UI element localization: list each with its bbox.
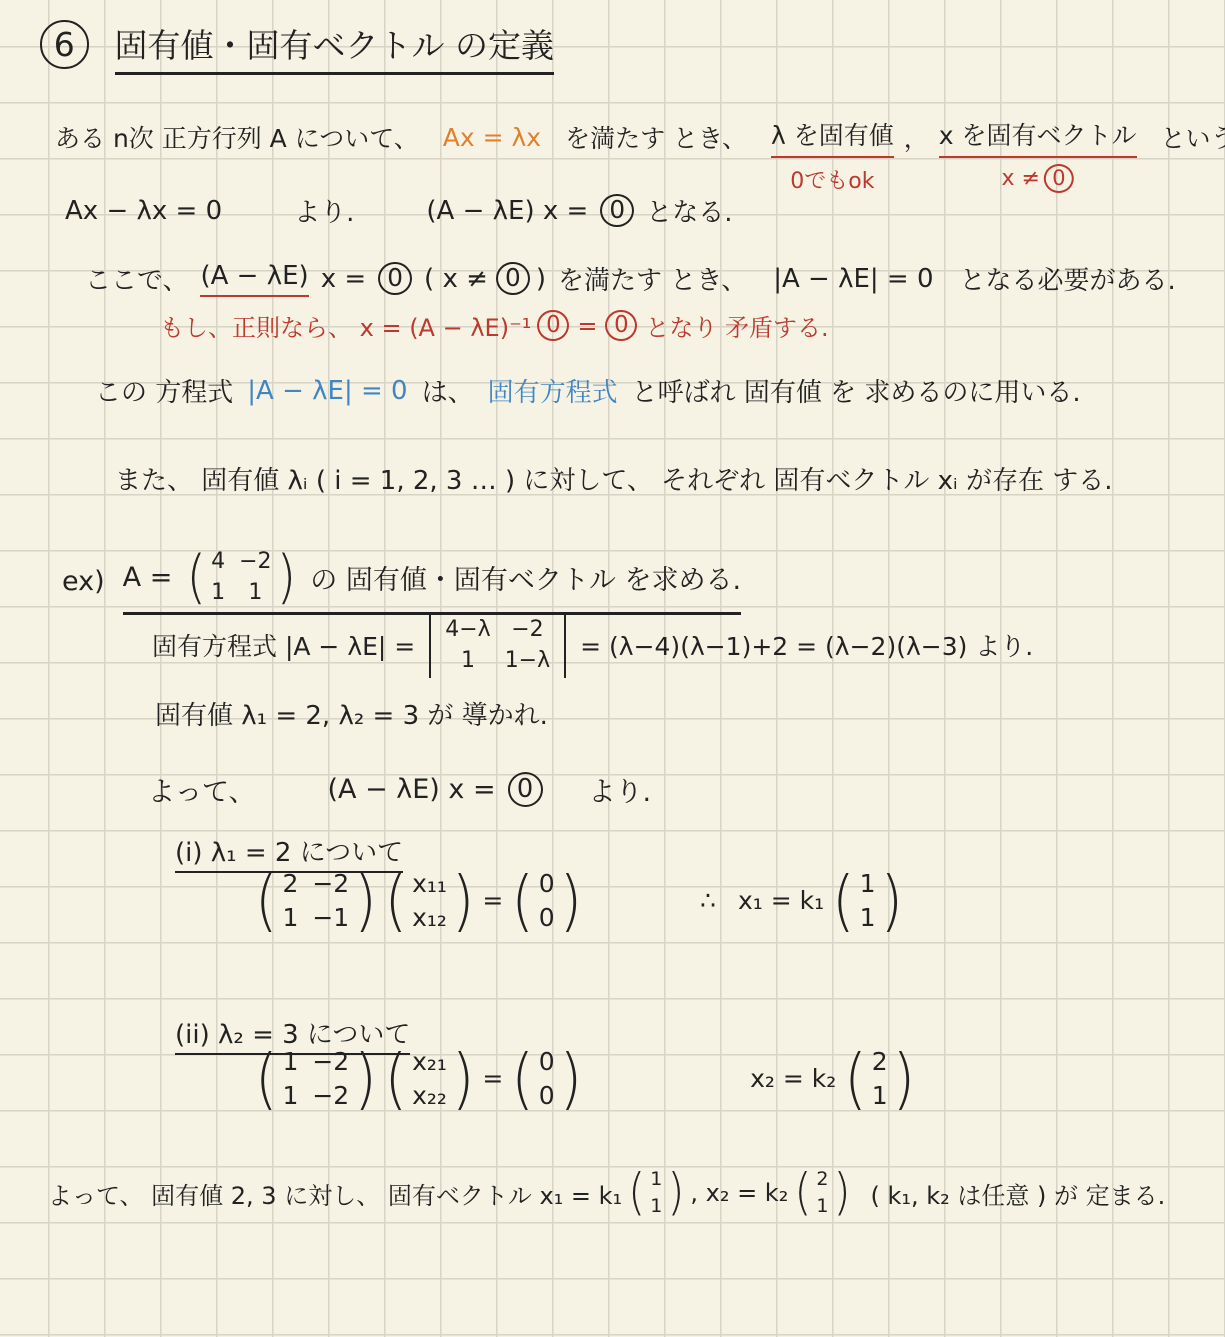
case2-equation: 1 −2 1 −2 x₂₁ x₂₂ = 0 0 x₂ = k₂ 2 1 <box>255 1046 915 1112</box>
contradiction-remark: もし、正則なら、 x = (A − λE)⁻¹ 0 = 0 となり 矛盾する. <box>160 308 829 343</box>
case1-equals: = <box>482 886 503 915</box>
characteristic-equation: |A − λE| = 0 <box>247 376 407 406</box>
conclusion-p1: よって、 固有値 2, 3 に対し、 固有ベクトル x₁ = k₁ <box>48 1176 622 1211</box>
chareq-lead: 固有方程式 |A − λE| = <box>152 627 415 663</box>
section-number: 6 <box>40 20 89 69</box>
step1-lhs: Ax − λx = 0 <box>65 196 222 226</box>
matrix-a: 4 −2 1 1 <box>186 548 296 606</box>
case2-unknown-vector: x₂₁ x₂₂ <box>385 1046 475 1112</box>
conclusion-line: よって、 固有値 2, 3 に対し、 固有ベクトル x₁ = k₁ 1 1 , … <box>48 1168 1165 1219</box>
example-head-post: の 固有値・固有ベクトル を求める. <box>310 558 741 597</box>
step2-determinant-eq: |A − λE| = 0 <box>773 264 933 294</box>
chareq-tail: = (λ−4)(λ−1)+2 = (λ−2)(λ−3) より. <box>580 627 1033 663</box>
det-cell: 1 <box>461 647 475 675</box>
example-head-pre: A = <box>123 562 173 593</box>
step2-condition-open: ( x ≠ <box>424 264 488 294</box>
step2-lead: ここで、 <box>85 260 188 297</box>
case2-result-vector: 2 1 <box>844 1046 915 1112</box>
matrix-cell: −1 <box>312 902 349 933</box>
vector-cell: 1 <box>860 868 876 899</box>
matrix-cell: −2 <box>312 868 349 899</box>
eigenvalue-note-text: 0でもok <box>790 164 874 195</box>
vector-cell: 1 <box>816 1195 828 1219</box>
vector-cell: 1 <box>872 1080 888 1111</box>
matrix-cell: −2 <box>312 1080 349 1111</box>
eigenvalue-phrase: λ を固有値 <box>771 121 894 150</box>
zero-vector-icon: 0 <box>605 310 637 341</box>
characteristic-computation: 固有方程式 |A − λE| = 4−λ −2 1 1−λ = (λ−4)(λ−… <box>152 612 1033 678</box>
matrix-cell: 1 <box>248 579 262 607</box>
zero-vector-icon: 0 <box>600 194 634 228</box>
det-cell: −2 <box>511 616 543 644</box>
eigenvector-term: x を固有ベクトル x ≠ 0 <box>939 116 1137 158</box>
definition-pre: ある n次 正方行列 A について、 <box>55 119 419 155</box>
naming-p2: は、 <box>422 372 474 409</box>
title-row: 6 固有値・固有ベクトル の定義 <box>40 20 554 75</box>
vector-cell: x₂₁ <box>412 1046 447 1077</box>
vector-cell: x₁₂ <box>412 902 447 933</box>
setup-line: よって、 (A − λE) x = 0 より. <box>148 770 651 809</box>
definition-post: という <box>1161 119 1225 155</box>
step2-line: ここで、 (A − λE) x = 0 ( x ≠ 0 ) を満たす とき、 |… <box>85 260 1176 297</box>
separator-comma: ， <box>904 119 929 155</box>
case1-equation: 2 −2 1 −1 x₁₁ x₁₂ = 0 0 ∴ x₁ = k₁ 1 1 <box>255 868 903 934</box>
case2-equals: = <box>482 1064 503 1093</box>
matrix-cell: 1 <box>282 902 298 933</box>
matrix-cell: 1 <box>282 1080 298 1111</box>
determinant-matrix: 4−λ −2 1 1−λ <box>429 612 566 678</box>
definition-mid: を満たす とき、 <box>565 119 747 155</box>
step1-tail: となる. <box>646 192 732 229</box>
matrix-cell: 4 <box>211 548 225 576</box>
conclusion-vector1: 1 1 <box>628 1168 684 1219</box>
eigenvalue-note: 0でもok <box>790 164 874 195</box>
zero-vector-icon: 0 <box>537 310 569 341</box>
case2-rhs-vector: 0 0 <box>511 1046 582 1112</box>
step1-line: Ax − λx = 0 より. (A − λE) x = 0 となる. <box>65 192 732 229</box>
zero-vector-icon: 0 <box>1044 164 1074 193</box>
matrix-cell: −2 <box>239 548 271 576</box>
case1-rhs-vector: 0 0 <box>511 868 582 934</box>
vector-cell: x₁₁ <box>412 868 447 899</box>
matrix-cell: 1 <box>282 1046 298 1077</box>
zero-vector-icon: 0 <box>508 772 543 807</box>
therefore-symbol: ∴ <box>700 886 716 915</box>
eigen-equation: Ax = λx <box>443 123 541 152</box>
vector-cell: 2 <box>816 1168 828 1192</box>
det-cell: 1−λ <box>505 647 550 675</box>
setup-lead: よって、 <box>148 770 255 809</box>
matrix-cell: 1 <box>211 579 225 607</box>
case1-unknown-vector: x₁₁ x₁₂ <box>385 868 475 934</box>
step2-factor: (A − λE) <box>200 261 308 297</box>
example-heading: ex) A = 4 −2 1 1 の 固有値・固有ベクトル を求める. <box>62 548 741 615</box>
case2-result: x₂ = k₂ <box>750 1064 836 1093</box>
example-label: ex) <box>62 566 105 597</box>
det-cell: 4−λ <box>445 616 490 644</box>
vector-cell: 1 <box>650 1195 662 1219</box>
step2-tail: となる必要がある. <box>960 260 1176 297</box>
case1-result: x₁ = k₁ <box>738 886 824 915</box>
eigenvalue-term: λ を固有値 0でもok <box>771 116 894 158</box>
example-statement: A = 4 −2 1 1 の 固有値・固有ベクトル を求める. <box>123 548 741 615</box>
existence-line: また、 固有値 λᵢ ( i = 1, 2, 3 … ) に対して、 それぞれ … <box>115 460 1113 497</box>
matrix-cell: −2 <box>312 1046 349 1077</box>
vector-cell: 0 <box>539 868 555 899</box>
vector-cell: 0 <box>539 902 555 933</box>
naming-line: この 方程式 |A − λE| = 0 は、 固有方程式 と呼ばれ 固有値 を … <box>95 372 1081 409</box>
vector-cell: 0 <box>539 1080 555 1111</box>
eigenvector-phrase: x を固有ベクトル <box>939 121 1137 150</box>
step2-condition: を満たす とき、 <box>558 260 747 297</box>
case2-matrix: 1 −2 1 −2 <box>255 1046 377 1112</box>
notebook-page: 6 固有値・固有ベクトル の定義 ある n次 正方行列 A について、 Ax =… <box>0 0 1225 1337</box>
vector-cell: 2 <box>872 1046 888 1077</box>
vector-cell: 1 <box>860 902 876 933</box>
remark-p2: となり 矛盾する. <box>645 308 828 343</box>
case1-result-vector: 1 1 <box>832 868 903 934</box>
naming-p3: と呼ばれ 固有値 を 求めるのに用いる. <box>632 372 1081 409</box>
step2-condition-close: ) <box>536 264 546 294</box>
eigenvalues-line: 固有値 λ₁ = 2, λ₂ = 3 が 導かれ. <box>155 695 548 732</box>
eigenvector-note-text: x ≠ <box>1001 166 1039 191</box>
case1-matrix: 2 −2 1 −1 <box>255 868 377 934</box>
conclusion-vector2: 2 1 <box>794 1168 850 1219</box>
setup-tail: より. <box>589 770 652 809</box>
step1-rhs: (A − λE) x = <box>426 196 588 226</box>
page-title: 固有値・固有ベクトル の定義 <box>115 20 555 75</box>
characteristic-equation-name: 固有方程式 <box>488 372 618 409</box>
zero-vector-icon: 0 <box>496 262 530 296</box>
definition-line: ある n次 正方行列 A について、 Ax = λx を満たす とき、 λ を固… <box>55 116 1225 158</box>
conclusion-p2: , x₂ = k₂ <box>690 1179 788 1207</box>
naming-p1: この 方程式 <box>95 372 233 409</box>
vector-cell: 1 <box>650 1168 662 1192</box>
remark-p1: もし、正則なら、 x = (A − λE)⁻¹ <box>160 308 531 343</box>
vector-cell: x₂₂ <box>412 1080 447 1111</box>
zero-vector-icon: 0 <box>378 262 412 296</box>
eigenvector-note: x ≠ 0 <box>1001 164 1073 193</box>
conclusion-p3: ( k₁, k₂ は任意 ) が 定まる. <box>871 1176 1166 1211</box>
step2-mid: x = <box>321 264 366 294</box>
step1-connector: より. <box>294 192 354 229</box>
setup-eq: (A − λE) x = <box>327 774 495 805</box>
remark-eq: = <box>577 312 597 340</box>
matrix-cell: 2 <box>282 868 298 899</box>
vector-cell: 0 <box>539 1046 555 1077</box>
